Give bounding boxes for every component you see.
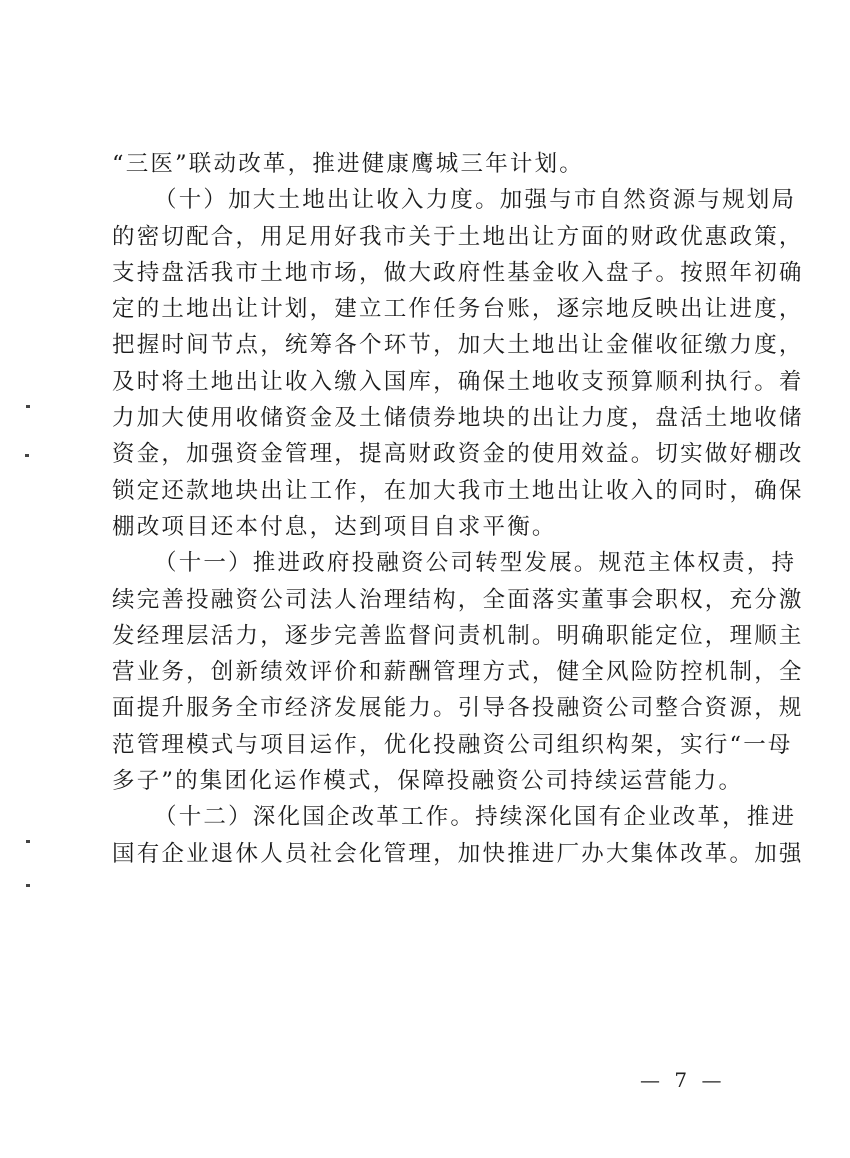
section-heading-line: （十一）推进政府投融资公司转型发展。规范主体权责，持 [112, 545, 742, 581]
section-heading-line: （十二）深化国企改革工作。持续深化国有企业改革，推进 [112, 799, 742, 835]
document-page: “三医”联动改革，推进健康鹰城三年计划。 （十）加大土地出让收入力度。加强与市自… [0, 0, 850, 1158]
paragraph-line: 资金，加强资金管理，提高财政资金的使用效益。切实做好棚改 [112, 436, 742, 472]
paragraph-line: 国有企业退休人员社会化管理，加快推进厂办大集体改革。加强 [112, 836, 742, 872]
paragraph-line: 面提升服务全市经济发展能力。引导各投融资公司整合资源，规 [112, 690, 742, 726]
paragraph-line: “三医”联动改革，推进健康鹰城三年计划。 [112, 146, 742, 182]
paragraph-line: 及时将土地出让收入缴入国库，确保土地收支预算顺利执行。着 [112, 364, 742, 400]
paragraph-line: 棚改项目还本付息，达到项目自求平衡。 [112, 509, 742, 545]
paragraph-line: 支持盘活我市土地市场，做大政府性基金收入盘子。按照年初确 [112, 255, 742, 291]
paragraph-line: 锁定还款地块出让工作，在加大我市土地出让收入的同时，确保 [112, 473, 742, 509]
paragraph-line: 多子”的集团化运作模式，保障投融资公司持续运营能力。 [112, 763, 742, 799]
paragraph-line: 范管理模式与项目运作，优化投融资公司组织构架，实行“一母 [112, 727, 742, 763]
margin-mark [26, 405, 30, 408]
page-number: — 7 — [640, 1068, 725, 1092]
paragraph-line: 的密切配合，用足用好我市关于土地出让方面的财政优惠政策， [112, 219, 742, 255]
margin-mark [25, 454, 29, 457]
paragraph-line: 发经理层活力，逐步完善监督问责机制。明确职能定位，理顺主 [112, 618, 742, 654]
margin-mark [26, 840, 30, 843]
paragraph-line: 把握时间节点，统筹各个环节，加大土地出让金催收征缴力度， [112, 327, 742, 363]
paragraph-line: 力加大使用收储资金及土储债券地块的出让力度，盘活土地收储 [112, 400, 742, 436]
margin-mark [26, 884, 30, 887]
paragraph-line: 营业务，创新绩效评价和薪酬管理方式，健全风险防控机制，全 [112, 654, 742, 690]
section-heading-line: （十）加大土地出让收入力度。加强与市自然资源与规划局 [112, 182, 742, 218]
paragraph-line: 定的土地出让计划，建立工作任务台账，逐宗地反映出让进度， [112, 291, 742, 327]
paragraph-line: 续完善投融资公司法人治理结构，全面落实董事会职权，充分激 [112, 582, 742, 618]
body-text: “三医”联动改革，推进健康鹰城三年计划。 （十）加大土地出让收入力度。加强与市自… [112, 146, 742, 872]
